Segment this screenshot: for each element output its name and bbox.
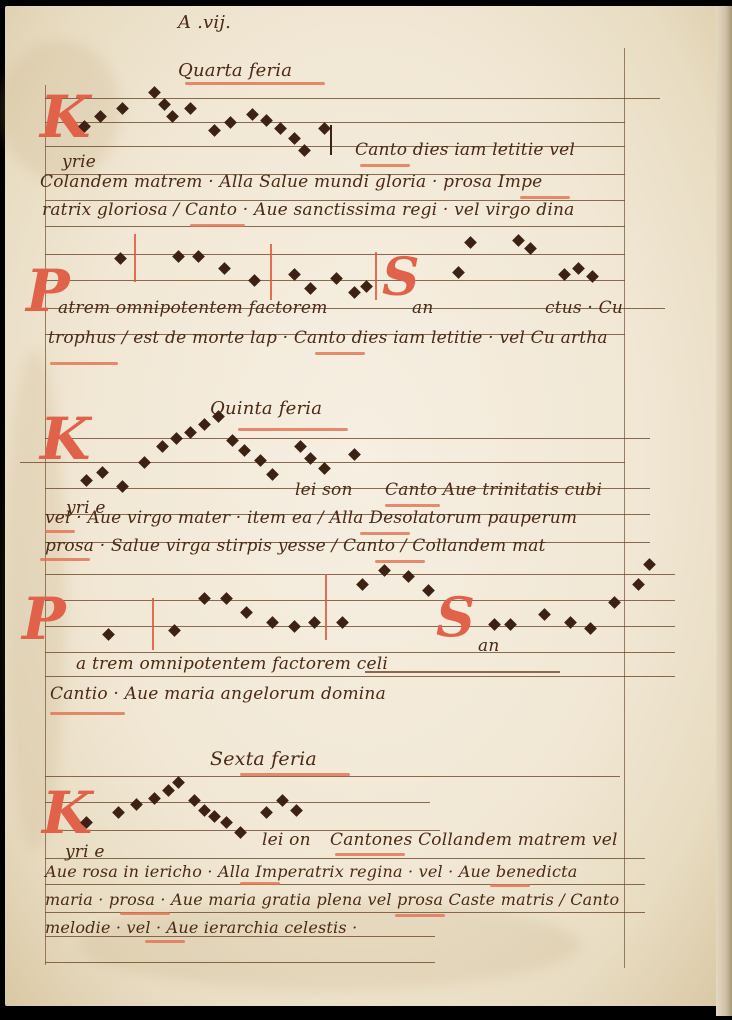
text-line: Colandem matrem · Alla Salue mundi glori… xyxy=(40,172,542,192)
rubric-underline xyxy=(375,560,425,563)
rubric-underline xyxy=(520,196,570,199)
patrem-text: atrem omnipotentem factorem xyxy=(58,298,328,318)
staff-line xyxy=(45,858,645,859)
initial-k: K xyxy=(40,410,90,468)
initial-p: P xyxy=(22,590,66,648)
staff-line xyxy=(45,652,675,653)
text-line: maria · prosa · Aue maria gratia plena v… xyxy=(45,890,619,909)
sanctus-text: an xyxy=(478,636,499,656)
rubric-underline xyxy=(50,712,125,715)
folio-number: A .vij. xyxy=(178,12,231,33)
kyrie-text: yri e xyxy=(65,842,105,862)
patrem-text: a trem omnipotentem factorem celi xyxy=(76,654,388,674)
rubric-underline xyxy=(240,882,280,885)
text-line: vel · Aue virgo mater · item ea / Alla D… xyxy=(45,508,577,528)
staff-line xyxy=(45,802,430,803)
text-line: Aue rosa in iericho · Alla Imperatrix re… xyxy=(45,862,578,881)
initial-k: K xyxy=(40,88,90,146)
text-line: trophus / est de morte lap · Canto dies … xyxy=(48,328,608,348)
initial-s: S xyxy=(436,590,475,644)
kyrie-text: lei on xyxy=(262,830,311,850)
rubric-stroke xyxy=(270,244,272,300)
rubric-underline xyxy=(120,912,170,915)
rubric-underline xyxy=(385,504,440,507)
initial-k: K xyxy=(42,784,92,842)
staff-line xyxy=(45,226,625,227)
rubric-stroke xyxy=(134,234,136,282)
section-heading: Quarta feria xyxy=(178,60,292,81)
text-line: Cantones Collandem matrem vel xyxy=(330,830,618,850)
staff-line xyxy=(45,438,650,439)
text-line: ctus · Cu xyxy=(545,298,623,318)
rubric-stroke xyxy=(325,574,327,640)
neume-stem xyxy=(330,125,332,155)
staff-line xyxy=(45,626,675,627)
staff-line xyxy=(45,122,625,123)
sanctus-text: an xyxy=(412,298,433,318)
text-line: Canto dies iam letitie vel xyxy=(355,140,575,160)
staff-line xyxy=(45,600,675,601)
rubric-underline xyxy=(50,362,118,365)
staff-line xyxy=(45,254,625,255)
text-line: prosa · Salue virga stirpis yesse / Cant… xyxy=(45,536,546,556)
page-gutter xyxy=(716,6,732,1016)
text-line: Cantio · Aue maria angelorum domina xyxy=(50,684,386,704)
text-line: melodie · vel · Aue ierarchia celestis · xyxy=(45,918,357,937)
section-heading: Quinta feria xyxy=(210,398,322,419)
staff-line xyxy=(45,962,435,963)
text-line: Canto Aue trinitatis cubi xyxy=(385,480,602,500)
staff-line xyxy=(45,776,620,777)
rubric-underline xyxy=(145,940,185,943)
rubric-underline xyxy=(315,352,365,355)
text-line: ratrix gloriosa / Canto · Aue sanctissim… xyxy=(42,200,575,220)
rubric-underline xyxy=(360,532,410,535)
kyrie-text: yrie xyxy=(62,152,96,172)
rubric-underline xyxy=(490,884,530,887)
initial-s: S xyxy=(382,252,420,304)
kyrie-text: lei son xyxy=(295,480,353,500)
rubric-underline xyxy=(238,428,348,431)
rubric-underline xyxy=(190,224,245,227)
staff-line xyxy=(45,98,660,99)
rubric-stroke xyxy=(375,252,377,300)
extender-line xyxy=(365,671,560,673)
rubric-underline xyxy=(395,914,445,917)
rubric-underline xyxy=(45,530,75,533)
rubric-underline xyxy=(360,164,410,167)
rubric-underline xyxy=(40,558,90,561)
rubric-stroke xyxy=(152,598,154,650)
rubric-underline xyxy=(185,82,325,85)
staff-line xyxy=(45,676,675,677)
right-margin-rule xyxy=(624,48,625,968)
rubric-underline xyxy=(335,853,405,856)
staff-line xyxy=(45,884,645,885)
staff-line xyxy=(45,574,675,575)
section-heading: Sexta feria xyxy=(210,748,317,770)
